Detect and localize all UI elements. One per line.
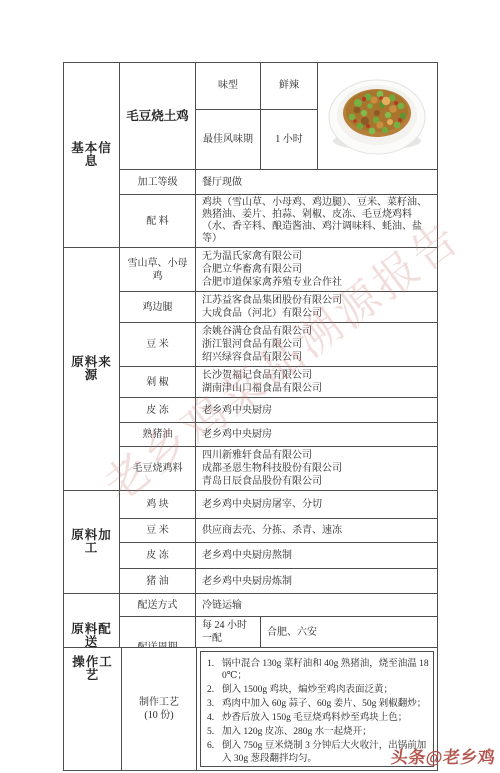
grade-value: 餐厅现做: [196, 170, 438, 195]
ingredients-value: 鸡块（雪山草、小母鸡、鸡边腿）、豆米、菜籽油、熟猪油、姜片、拍蒜、剁椒、皮冻、毛…: [196, 195, 438, 248]
table-row: 毛豆烧鸡料 四川新雅轩食品有限公司 成都圣恩生物科技股份有限公司 青岛日辰食品股…: [64, 447, 438, 491]
table-row: 熟猪油 老乡鸡中央厨房: [64, 423, 438, 447]
step-number: 6.: [207, 740, 222, 765]
processing-value: 供应商去壳、分拣、杀青、速冻: [196, 519, 438, 543]
source-label: 鸡边腿: [120, 292, 196, 323]
table-row: 原料配送 配送方式 冷链运输: [64, 594, 438, 617]
dish-name: 毛豆烧土鸡: [120, 63, 196, 170]
taste-value: 鲜辣: [261, 63, 318, 110]
step-item: 5.加入 120g 皮冻、280g 水一起烧开；: [207, 726, 429, 739]
section-craft: 操作工艺: [64, 648, 122, 771]
processing-label: 鸡 块: [120, 491, 196, 519]
processing-label: 猪 油: [120, 569, 196, 594]
table-row: 皮 冻 老乡鸡中央厨房: [64, 398, 438, 423]
step-item: 4.炒香后放入 150g 毛豆烧鸡料炒至鸡块上色；: [207, 712, 429, 725]
dish-photo: [318, 63, 438, 170]
step-text: 倒入 1500g 鸡块，煸炒至鸡肉表面泛黄；: [222, 684, 429, 697]
section-sources: 原料来源: [64, 248, 120, 491]
processing-value: 老乡鸡中央厨房屠宰、分切: [196, 491, 438, 519]
step-item: 2.倒入 1500g 鸡块，煸炒至鸡肉表面泛黄；: [207, 684, 429, 697]
table-row: 剁 椒 长沙贺福记食品有限公司 湖南津山口福食品有限公司: [64, 367, 438, 398]
step-number: 3.: [207, 698, 222, 711]
processing-label: 豆 米: [120, 519, 196, 543]
step-text: 加入 120g 皮冻、280g 水一起烧开；: [222, 726, 429, 739]
table-row: 原料加工 鸡 块 老乡鸡中央厨房屠宰、分切: [64, 491, 438, 519]
processing-value: 老乡鸡中央厨房熬制: [196, 543, 438, 569]
toutiao-credit-watermark: 头条@老乡鸡: [390, 743, 497, 768]
table-row: 基本信息 毛豆烧土鸡 味型 鲜辣: [64, 63, 438, 110]
source-label: 豆 米: [120, 323, 196, 367]
step-text: 鸡肉中加入 60g 蒜子、60g 姜片、50g 剁椒翻炒；: [222, 698, 429, 711]
process-sublabel: (10 份): [128, 709, 190, 722]
source-label: 剁 椒: [120, 367, 196, 398]
table-row: 加工等级 餐厅现做: [64, 170, 438, 195]
delivery-method-value: 冷链运输: [196, 594, 438, 617]
source-companies: 无为温氏家禽有限公司 合肥立华畜禽有限公司 合肥市道保家禽养殖专业合作社: [196, 248, 438, 292]
source-companies: 老乡鸡中央厨房: [196, 423, 438, 447]
table-row: 猪 油 老乡鸡中央厨房炼制: [64, 569, 438, 594]
step-number: 5.: [207, 726, 222, 739]
source-label: 皮 冻: [120, 398, 196, 423]
source-companies: 长沙贺福记食品有限公司 湖南津山口福食品有限公司: [196, 367, 438, 398]
process-label: 制作工艺: [128, 696, 190, 709]
table-row: 豆 米 余姚谷满仓食品有限公司 浙江银河食品有限公司 绍兴绿容食品有限公司: [64, 323, 438, 367]
source-label: 熟猪油: [120, 423, 196, 447]
delivery-cycle-area: 合肥、六安: [261, 617, 438, 648]
delivery-cycle-freq: 每 24 小时一配: [196, 617, 261, 648]
table-row: 皮 冻 老乡鸡中央厨房熬制: [64, 543, 438, 569]
step-number: 1.: [207, 658, 222, 683]
table-row: 豆 米 供应商去壳、分拣、杀青、速冻: [64, 519, 438, 543]
source-companies: 老乡鸡中央厨房: [196, 398, 438, 423]
grade-label: 加工等级: [120, 170, 196, 195]
source-companies: 四川新雅轩食品有限公司 成都圣恩生物科技股份有限公司 青岛日辰食品股份有限公司: [196, 447, 438, 491]
processing-value: 老乡鸡中央厨房炼制: [196, 569, 438, 594]
table-row: 操作工艺 制作工艺 (10 份) 1.锅中混合 130g 菜籽油和 40g 熟猪…: [64, 648, 438, 771]
table-row: 配送周期 每 24 小时一配 合肥、六安: [64, 617, 438, 648]
delivery-method-label: 配送方式: [120, 594, 196, 617]
processing-label: 皮 冻: [120, 543, 196, 569]
craft-table: 操作工艺 制作工艺 (10 份) 1.锅中混合 130g 菜籽油和 40g 熟猪…: [63, 647, 438, 771]
step-text: 炒香后放入 150g 毛豆烧鸡料炒至鸡块上色；: [222, 712, 429, 725]
source-companies: 余姚谷满仓食品有限公司 浙江银河食品有限公司 绍兴绿容食品有限公司: [196, 323, 438, 367]
source-companies: 江苏益客食品集团股份有限公司 大成食品（河北）有限公司: [196, 292, 438, 323]
process-label-cell: 制作工艺 (10 份): [122, 648, 197, 771]
best-flavor-label: 最佳风味期: [196, 109, 261, 169]
taste-label: 味型: [196, 63, 261, 110]
dish-photo-image: [318, 63, 436, 165]
ingredients-label: 配 料: [120, 195, 196, 248]
table-row: 鸡边腿 江苏益客食品集团股份有限公司 大成食品（河北）有限公司: [64, 292, 438, 323]
step-item: 3.鸡肉中加入 60g 蒜子、60g 姜片、50g 剁椒翻炒；: [207, 698, 429, 711]
section-basic-info: 基本信息: [64, 63, 120, 248]
section-processing: 原料加工: [64, 491, 120, 594]
best-flavor-value: 1 小时: [261, 109, 318, 169]
source-label: 雪山草、小母鸡: [120, 248, 196, 292]
step-number: 2.: [207, 684, 222, 697]
source-label: 毛豆烧鸡料: [120, 447, 196, 491]
table-row: 配 料 鸡块（雪山草、小母鸡、鸡边腿）、豆米、菜籽油、熟猪油、姜片、拍蒜、剁椒、…: [64, 195, 438, 248]
step-item: 1.锅中混合 130g 菜籽油和 40g 熟猪油，烧至油温 180℃；: [207, 658, 429, 683]
traceability-table: 基本信息 毛豆烧土鸡 味型 鲜辣: [63, 62, 438, 701]
step-text: 锅中混合 130g 菜籽油和 40g 熟猪油，烧至油温 180℃；: [222, 658, 429, 683]
table-row: 原料来源 雪山草、小母鸡 无为温氏家禽有限公司 合肥立华畜禽有限公司 合肥市道保…: [64, 248, 438, 292]
step-number: 4.: [207, 712, 222, 725]
